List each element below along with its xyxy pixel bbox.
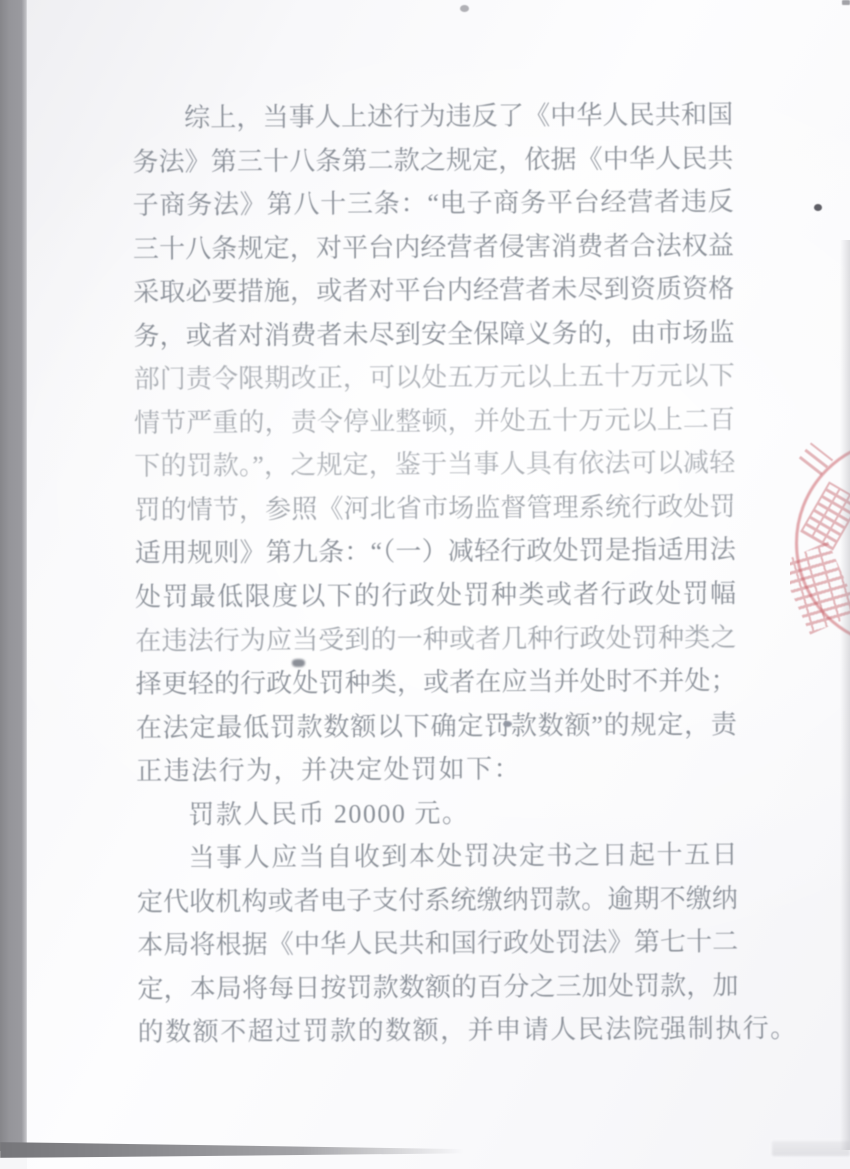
scanner-artifact-bottom-right — [772, 1141, 850, 1156]
text-line: 采取必要措施，或者对平台内经营者未尽到资质资格审核义 — [133, 267, 734, 314]
text-line: 部门责令限期改正，可以处五万元以上五十万元以下的罚款； — [134, 354, 735, 401]
scanner-edge-band-left — [0, 0, 27, 1151]
scanned-document-page: 综上，当事人上述行为违反了《中华人民共和国电子商 务法》第三十八条第二款之规定，… — [0, 0, 850, 1169]
text-line: 罚的情节，参照《河北省市场监督管理系统行政处罚裁量权 — [134, 485, 735, 532]
text-line: 三十八条规定，对平台内经营者侵害消费者合法权益行为未 — [133, 224, 734, 271]
text-line: 定，本局将每日按罚款数额的百分之三加处罚款，加处罚款 — [137, 964, 738, 1011]
text-line: 情节严重的，责令停业整顿，并处五十万元以上二百万元以 — [134, 398, 735, 445]
text-line: 务法》第三十八条第二款之规定，依据《中华人民共和国电 — [132, 137, 733, 184]
text-line: 务，或者对消费者未尽到安全保障义务的，由市场监督管理 — [133, 311, 734, 358]
text-line: 本局将根据《中华人民共和国行政处罚法》第七十二条之规 — [137, 921, 738, 968]
fine-amount-line: 罚款人民币 20000 元。 — [136, 790, 737, 837]
page-edge-shade-right — [840, 240, 850, 1150]
text-line: 定代收机构或者电子支付系统缴纳罚款。逾期不缴纳罚款的， — [137, 877, 738, 924]
scan-speck — [503, 721, 512, 727]
scan-speck — [460, 5, 469, 12]
text-line: 当事人应当自收到本处罚决定书之日起十五日内，到指 — [137, 833, 738, 880]
text-line: 适用规则》第九条：“（一）减轻行政处罚是指适用法定行政 — [135, 529, 736, 576]
text-line: 正违法行为，并决定处罚如下： — [136, 746, 737, 793]
text-line: 在违法行为应当受到的一种或者几种行政处罚种类之外选 — [135, 616, 736, 663]
text-line: 下的罚款。”，之规定，鉴于当事人具有依法可以减轻行政处 — [134, 442, 735, 489]
text-line: 的数额不超过罚款的数额，并申请人民法院强制执行。 — [138, 1008, 739, 1055]
scan-speck — [292, 659, 305, 667]
text-line: 综上，当事人上述行为违反了《中华人民共和国电子商 — [132, 93, 733, 140]
text-line: 择更轻的行政处罚种类，或者在应当并处时不并处；也包括 — [135, 659, 736, 706]
text-line: 在法定最低罚款数额以下确定罚款数额”的规定，责令其改 — [136, 703, 737, 750]
text-line: 子商务法》第八十三条：“电子商务平台经营者违反本法第 — [133, 180, 734, 227]
scan-speck — [814, 204, 822, 211]
scan-speck — [842, 0, 850, 5]
text-line: 处罚最低限度以下的行政处罚种类或者行政处罚幅度。包括 — [135, 572, 736, 619]
document-text-block: 综上，当事人上述行为违反了《中华人民共和国电子商 务法》第三十八条第二款之规定，… — [132, 93, 739, 1055]
